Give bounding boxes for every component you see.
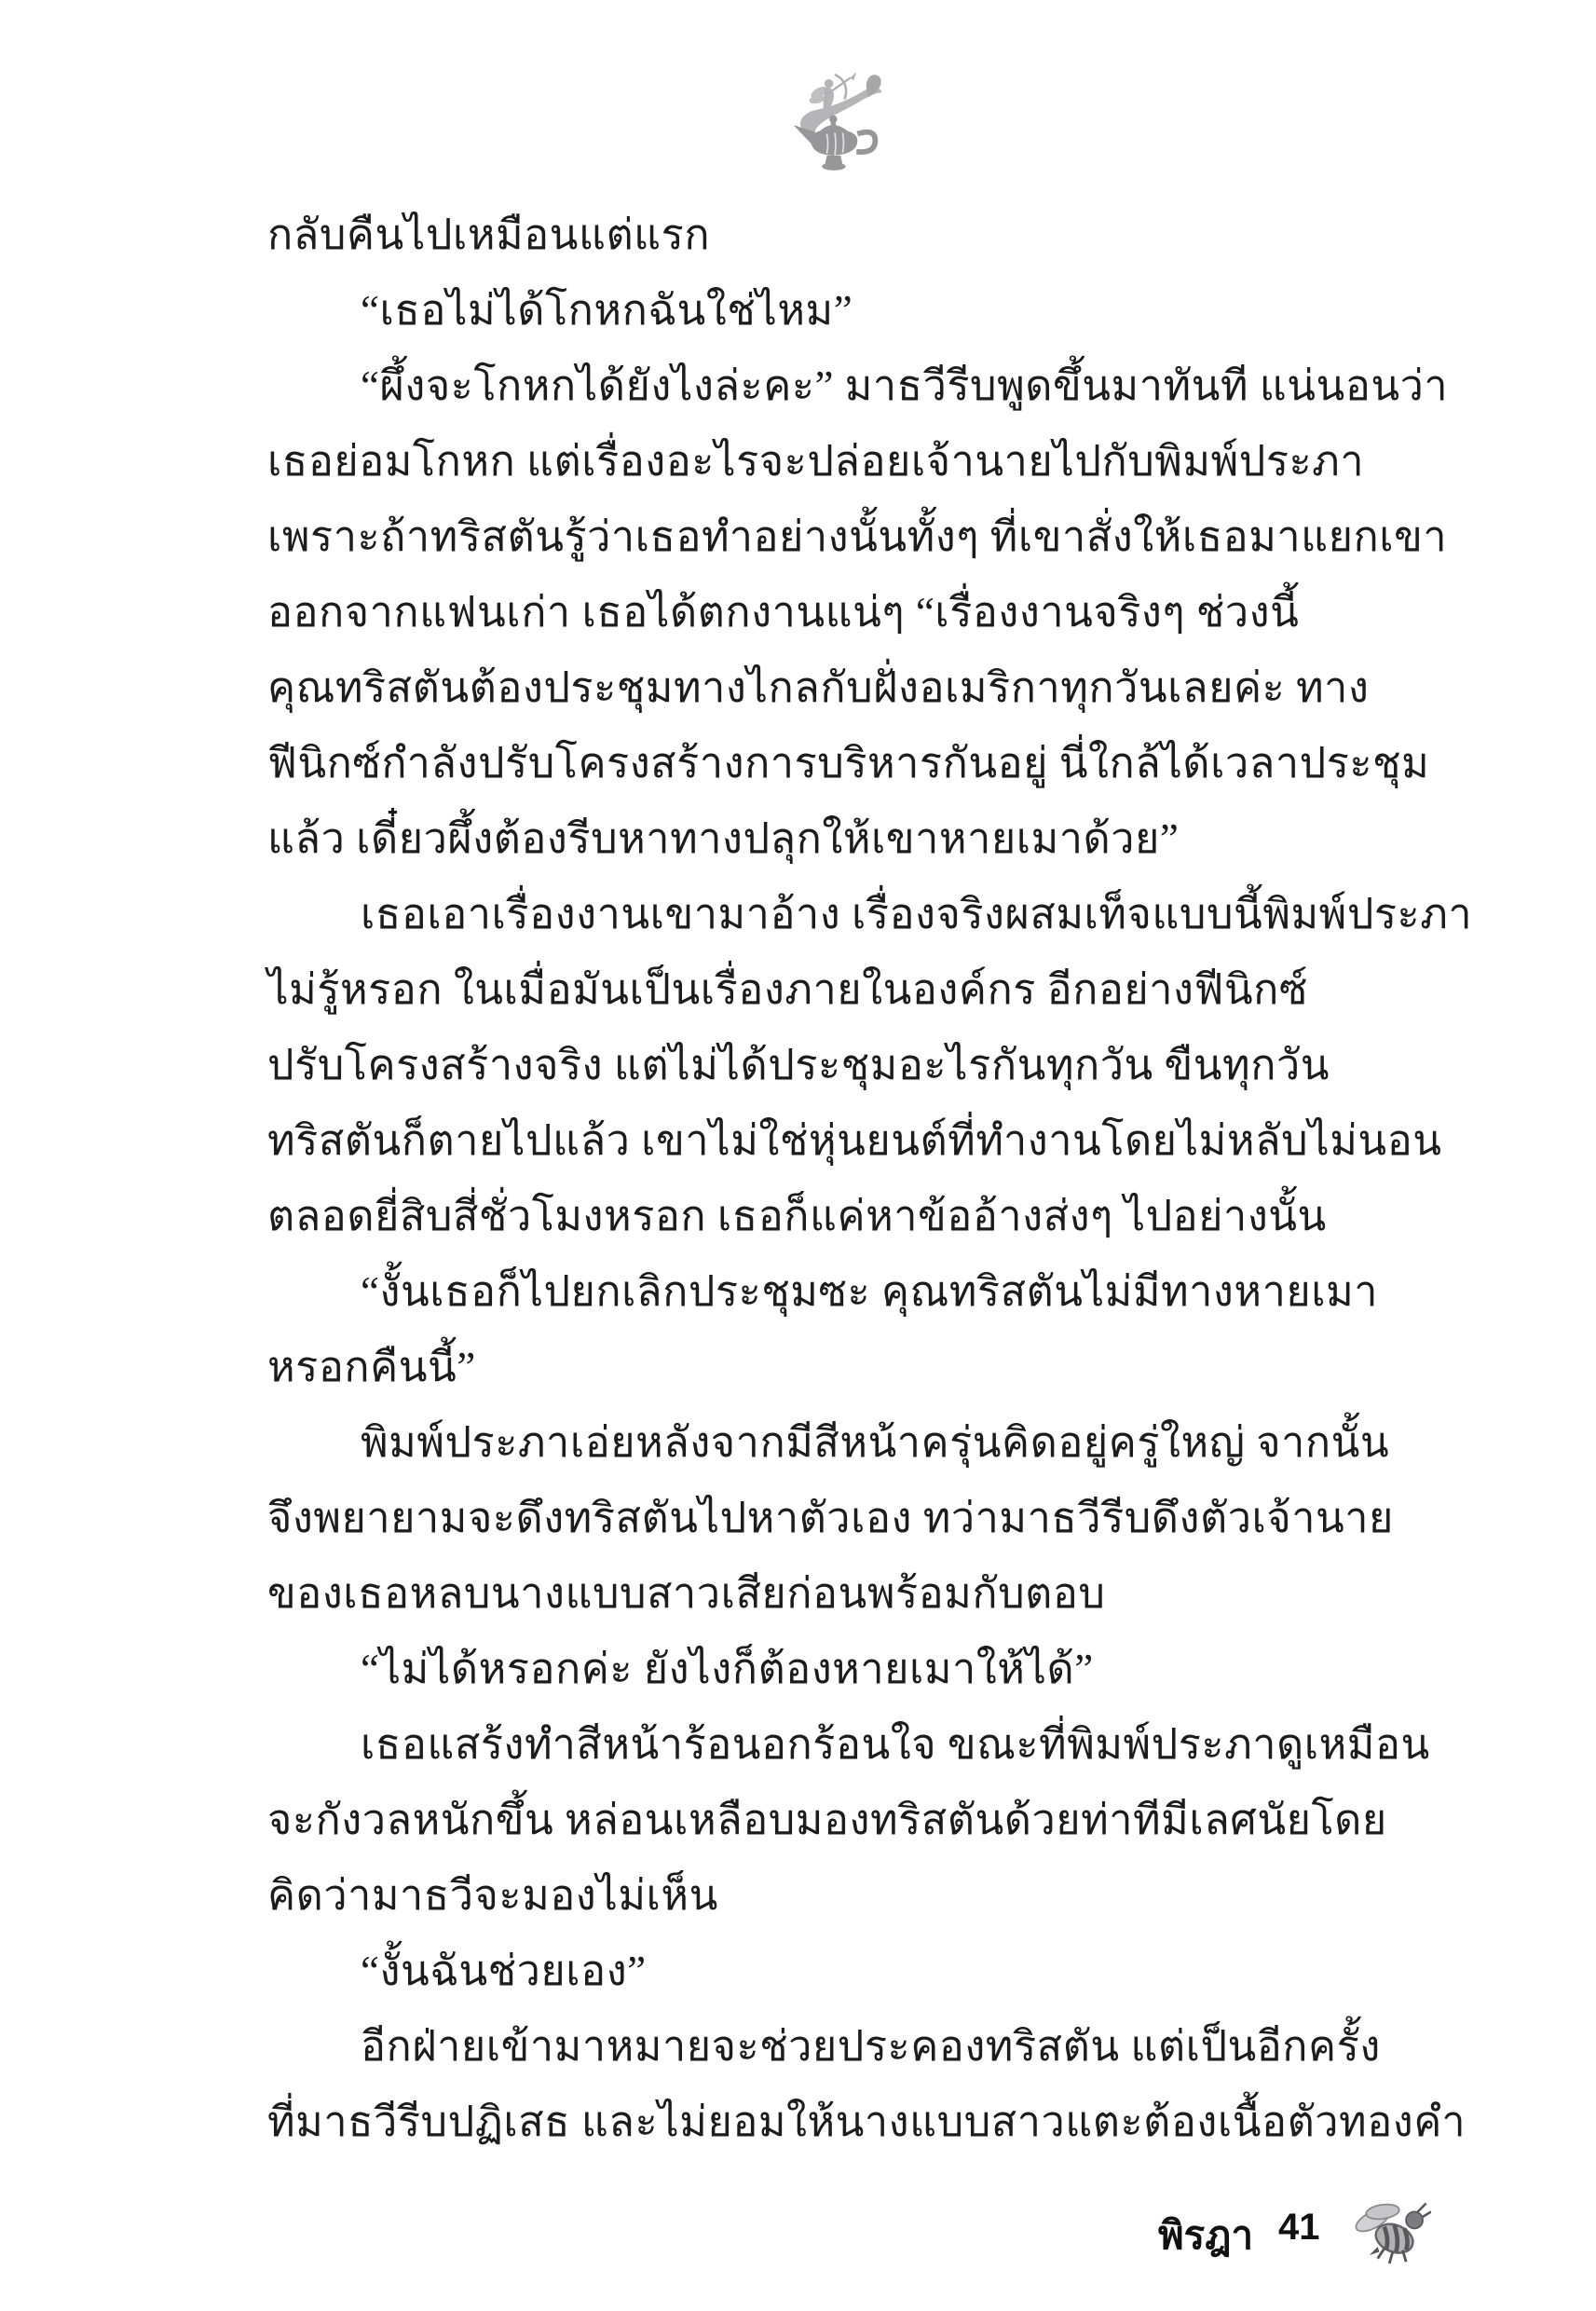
footer-page-number: 41: [1278, 2207, 1320, 2249]
text-line: “เธอไม่ได้โกหกฉันใช่ไหม”: [267, 273, 1437, 349]
text-line: ไม่รู้หรอก ในเมื่อมันเป็นเรื่องภายในองค์…: [267, 952, 1437, 1028]
text-line: หรอกคืนนี้”: [267, 1330, 1437, 1405]
text-line: ออกจากแฟนเก่า เธอได้ตกงานแน่ๆ “เรื่องงาน…: [267, 575, 1437, 650]
text-line: คิดว่ามาธวีจะมองไม่เห็น: [267, 1858, 1437, 1934]
text-line: “ไม่ได้หรอกค่ะ ยังไงก็ต้องหายเมาให้ได้”: [267, 1632, 1437, 1707]
text-line: ทริสตันก็ตายไปแล้ว เขาไม่ใช่หุ่นยนต์ที่ท…: [267, 1103, 1437, 1179]
text-line: เธอแสร้งทำสีหน้าร้อนอกร้อนใจ ขณะที่พิมพ์…: [267, 1707, 1437, 1783]
text-line: “งั้นฉันช่วยเอง”: [267, 1934, 1437, 2009]
text-line: คุณทริสตันต้องประชุมทางไกลกับฝั่งอเมริกา…: [267, 650, 1437, 726]
page-body-text: กลับคืนไปเหมือนแต่แรก“เธอไม่ได้โกหกฉันใช…: [267, 198, 1437, 2160]
text-line: ของเธอหลบนางแบบสาวเสียก่อนพร้อมกับตอบ: [267, 1556, 1437, 1632]
page-footer: พิรฎา 41: [0, 2188, 1596, 2281]
book-page: กลับคืนไปเหมือนแต่แรก“เธอไม่ได้โกหกฉันใช…: [0, 0, 1596, 2311]
text-line: เธอเอาเรื่องงานเขามาอ้าง เรื่องจริงผสมเท…: [267, 877, 1437, 952]
text-line: แล้ว เดี๋ยวผึ้งต้องรีบหาทางปลุกให้เขาหาย…: [267, 801, 1437, 877]
text-line: เพราะถ้าทริสตันรู้ว่าเธอทำอย่างนั้นทั้งๆ…: [267, 499, 1437, 575]
text-line: “ผึ้งจะโกหกได้ยังไงล่ะคะ” มาธวีรีบพูดขึ้…: [267, 349, 1437, 424]
footer-book-title: พิรฎา: [1158, 2205, 1253, 2266]
text-line: อีกฝ่ายเข้ามาหมายจะช่วยประคองทริสตัน แต่…: [267, 2009, 1437, 2085]
teapot-cupid-ornament-icon: [781, 71, 891, 173]
text-line: “งั้นเธอก็ไปยกเลิกประชุมซะ คุณทริสตันไม่…: [267, 1254, 1437, 1330]
text-line: จะกังวลหนักขึ้น หล่อนเหลือบมองทริสตันด้ว…: [267, 1783, 1437, 1858]
text-line: จึงพยายามจะดึงทริสตันไปหาตัวเอง ทว่ามาธว…: [267, 1481, 1437, 1556]
text-line: ตลอดยี่สิบสี่ชั่วโมงหรอก เธอก็แค่หาข้ออ้…: [267, 1179, 1437, 1254]
text-line: เธอย่อมโกหก แต่เรื่องอะไรจะปล่อยเจ้านายไ…: [267, 424, 1437, 499]
text-line: ฟีนิกซ์กำลังปรับโครงสร้างการบริหารกันอยู…: [267, 726, 1437, 801]
text-line: พิมพ์ประภาเอ่ยหลังจากมีสีหน้าครุ่นคิดอยู…: [267, 1405, 1437, 1481]
bee-icon: [1351, 2188, 1431, 2276]
text-line: กลับคืนไปเหมือนแต่แรก: [267, 198, 1437, 273]
text-line: ที่มาธวีรีบปฏิเสธ และไม่ยอมให้นางแบบสาวแ…: [267, 2085, 1437, 2160]
text-line: ปรับโครงสร้างจริง แต่ไม่ได้ประชุมอะไรกัน…: [267, 1028, 1437, 1103]
